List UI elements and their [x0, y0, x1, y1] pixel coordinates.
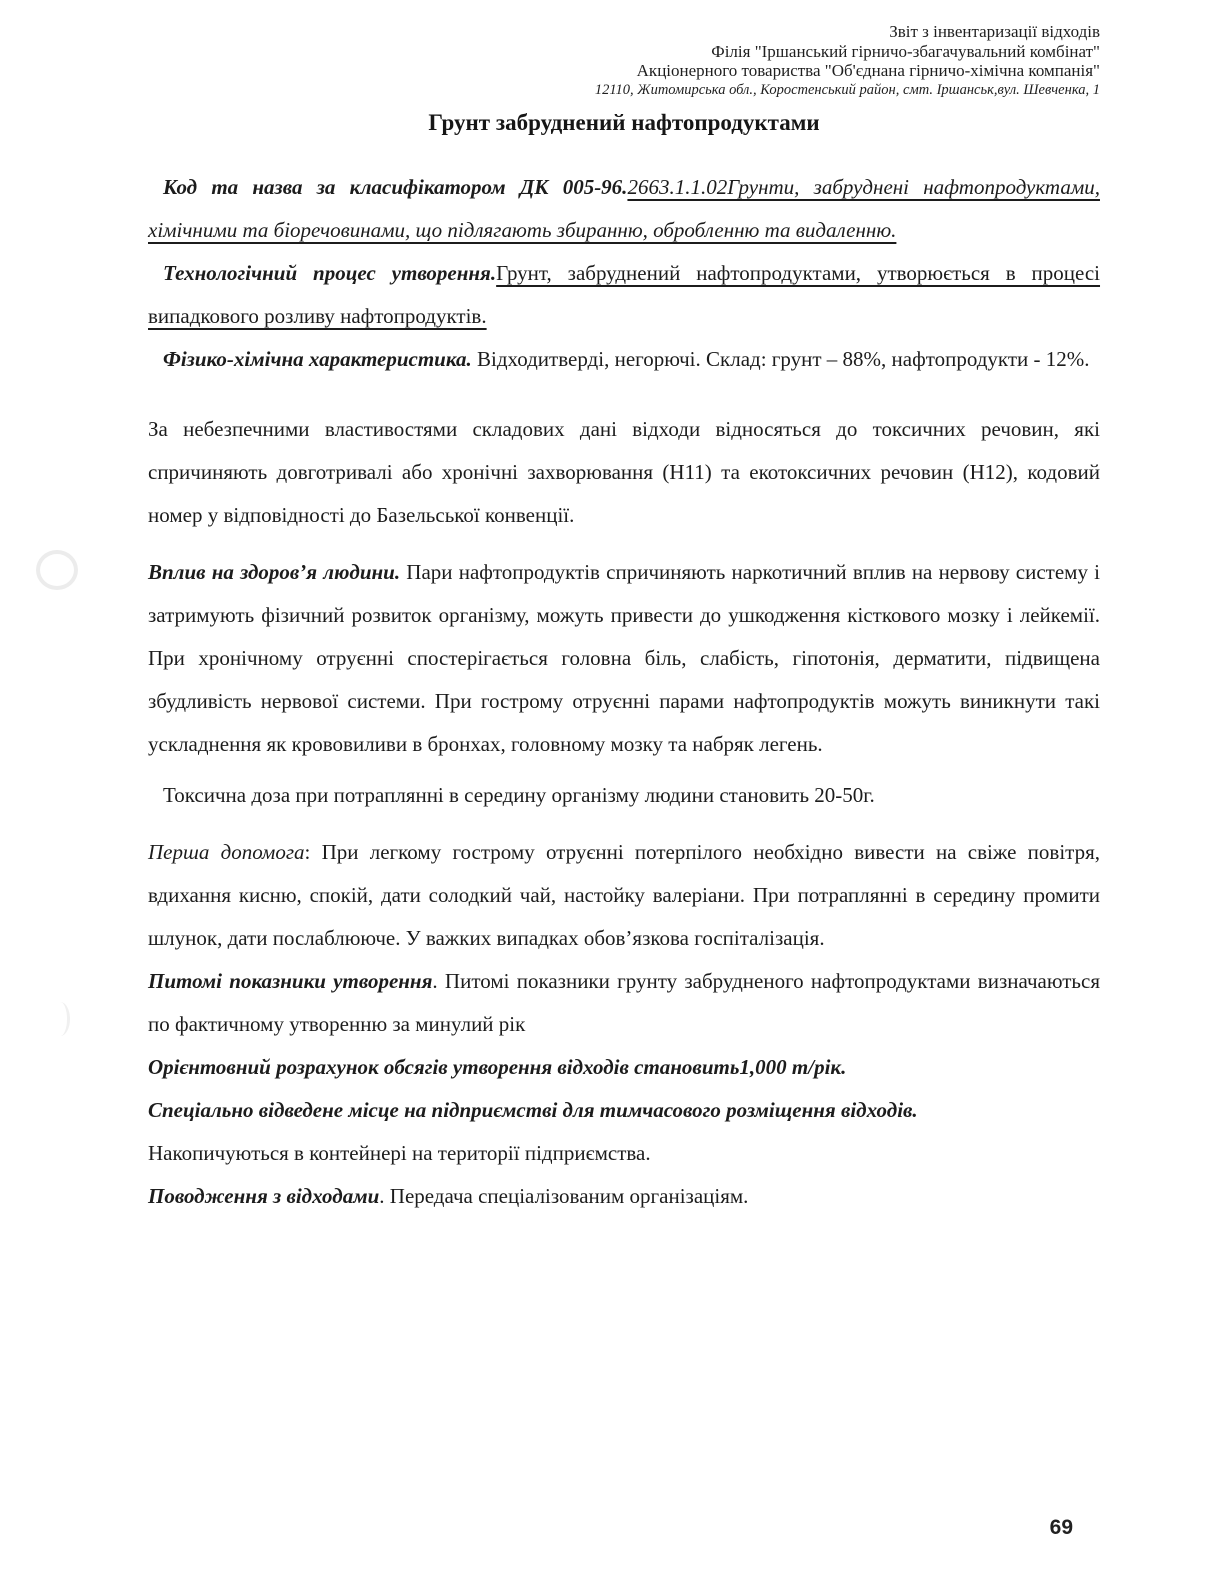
text-segment: Код та назва за класифікатором ДК 005-96…: [163, 175, 627, 199]
document-body: Код та назва за класифікатором ДК 005-96…: [148, 166, 1100, 1218]
page-title: Грунт забруднений нафтопродуктами: [148, 110, 1100, 136]
text-segment: Токсична доза при потраплянні в середину…: [163, 783, 875, 807]
text-segment: За небезпечними властивостями складових …: [148, 417, 1100, 527]
text-segment: Питомі показники утворення: [148, 969, 432, 993]
text-segment: Перша допомога: [148, 840, 305, 864]
text-segment: Вплив на здоров’я людини.: [148, 560, 400, 584]
text-segment: Відходитверді, негорючі. Склад: грунт – …: [472, 347, 1090, 371]
paragraph: Код та назва за класифікатором ДК 005-96…: [148, 166, 1100, 252]
paragraph: Спеціально відведене місце на підприємст…: [148, 1089, 1100, 1132]
paragraph: Питомі показники утворення. Питомі показ…: [148, 960, 1100, 1046]
text-segment: . Передача спеціалізованим організаціям.: [379, 1184, 748, 1208]
text-segment: Спеціально відведене місце на підприємст…: [148, 1098, 918, 1122]
paragraph: Перша допомога: При легкому гострому отр…: [148, 831, 1100, 960]
scan-artifact-ring: [36, 550, 78, 590]
document-header: Звіт з інвентаризації відходів Філія "Ір…: [595, 22, 1100, 99]
header-branch-name: Філія "Іршанський гірничо-збагачувальний…: [595, 42, 1100, 62]
text-segment: Орієнтовний розрахунок обсягів утворення…: [148, 1055, 846, 1079]
header-report-title: Звіт з інвентаризації відходів: [595, 22, 1100, 42]
scan-artifact-arc: [54, 1002, 70, 1036]
paragraph: Технологічний процес утворення.Грунт, за…: [148, 252, 1100, 338]
header-company-name: Акціонерного товариства "Об'єднана гірни…: [595, 61, 1100, 81]
paragraph: Вплив на здоров’я людини. Пари нафтопрод…: [148, 551, 1100, 766]
document-page: Звіт з інвентаризації відходів Філія "Ір…: [0, 0, 1219, 1574]
paragraph: Орієнтовний розрахунок обсягів утворення…: [148, 1046, 1100, 1089]
text-segment: Фізико-хімічна характеристика.: [163, 347, 472, 371]
page-number: 69: [1050, 1516, 1073, 1540]
header-address: 12110, Житомирська обл., Коростенський р…: [595, 81, 1100, 99]
text-segment: Пари нафтопродуктів спричиняють наркотич…: [148, 560, 1100, 756]
paragraph: Накопичуються в контейнері на території …: [148, 1132, 1100, 1175]
paragraph: За небезпечними властивостями складових …: [148, 408, 1100, 537]
paragraph: Токсична доза при потраплянні в середину…: [148, 774, 1100, 817]
paragraph: Поводження з відходами. Передача спеціал…: [148, 1175, 1100, 1218]
text-segment: Накопичуються в контейнері на території …: [148, 1141, 651, 1165]
text-segment: Технологічний процес утворення.: [163, 261, 496, 285]
text-segment: Поводження з відходами: [148, 1184, 379, 1208]
paragraph: Фізико-хімічна характеристика. Відходитв…: [148, 338, 1100, 381]
